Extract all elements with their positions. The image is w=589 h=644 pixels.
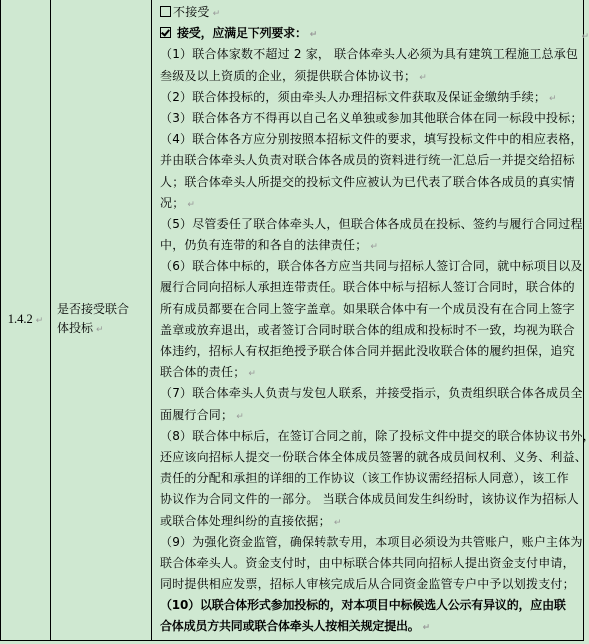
requirement-line: 盖章或放弃退出，或者签订合同时联合体的组成和投标时不一致，均视为联合 [160, 320, 579, 341]
paragraph-mark-icon: ↵ [334, 518, 342, 528]
requirement-line: （1）联合体家数不超过 2 家， 联合体牵头人必须为具有建筑工程施工总承包 [160, 44, 579, 65]
requirement-line: 所有成员都要在合同上签字盖章。如果联合体中有一个成员没有在合同上签字 [160, 299, 579, 320]
requirement-line: 责任的分配和承担的详细的工作协议（该工作协议需经招标人同意），该工作 [160, 468, 579, 489]
requirement-line: 体违约，招标人有权拒绝授予联合体合同并据此没收联合体的履约担保，追究 [160, 341, 579, 362]
paragraph-mark-icon: ↵ [248, 369, 256, 379]
paragraph-mark-icon: ↵ [549, 94, 557, 104]
paragraph-mark-icon: ↵ [36, 315, 44, 325]
paragraph-mark-icon: ↵ [419, 73, 427, 83]
paragraph-mark-icon: ↵ [370, 242, 378, 252]
requirement-line: 协议作为合同文件的一部分。 当联合体成员间发生纠纷时，该协议作为招标人 [160, 489, 579, 510]
requirement-line: 并由联合体牵头人负责对联合体各成员的资料进行统一汇总后一并提交给招标 [160, 150, 579, 171]
option-accept[interactable]: 接受，应满足下列要求：↵ [160, 23, 579, 44]
requirement-line: 履行合同向招标人承担连带责任。联合体中标与招标人签订合同时，联合体的 [160, 277, 579, 298]
item-name-line: 体投标 [57, 321, 93, 335]
requirement-line: （9）为强化资金监管，确保转款专用，本项目必须设为共管账户，账户主体为 [160, 532, 579, 553]
requirement-line: 还应该向招标人提交一份联合体全体成员签署的就各成员间权利、义务、利益、 [160, 447, 579, 468]
option-accept-label: 接受，应满足下列要求： [177, 26, 307, 40]
option-reject[interactable]: 不接受↵ [160, 2, 579, 23]
requirement-line: （5）尽管委任了联合体牵头人，但联合体各成员在投标、签约与履行合同过程 [160, 214, 579, 235]
requirement-line: 同时提供相应发票，招标人审核完成后从合同资金监管专户中予以划拨支付； [160, 574, 579, 595]
row-number-cell: 1.4.2↵ [1, 0, 51, 641]
table-row: 1.4.2↵ 是否接受联合 体投标↵ 不接受↵ 接受，应满足下列要求：↵ （1）… [1, 0, 584, 641]
requirement-line: 中，仍负有连带的和各自的法律责任；↵ [160, 235, 579, 256]
requirement-line: （3）联合体各方不得再以自己名义单独或参加其他联合体在同一标段中投标； [160, 108, 579, 129]
item-name-line: 是否接受联合 [57, 300, 151, 319]
requirement-line: 面履行合同；↵ [160, 405, 579, 426]
requirement-line-bold: （10）以联合体形式参加投标的，对本项目中标候选人公示有异议的，应由联 [160, 595, 579, 616]
tender-requirements-table: 1.4.2↵ 是否接受联合 体投标↵ 不接受↵ 接受，应满足下列要求：↵ （1）… [0, 0, 584, 641]
requirement-line-bold: 合体成员方共同或联合体牵头人按相关规定提出。↵ [160, 616, 579, 637]
row-number: 1.4.2 [8, 312, 33, 326]
paragraph-mark-icon: ↵ [581, 32, 589, 42]
requirement-line: （4）联合体各方应分别按照本招标文件的要求，填写投标文件中的相应表格， [160, 129, 579, 150]
requirement-line: 或联合体处理纠纷的直接依据；↵ [160, 511, 579, 532]
paragraph-mark-icon: ↵ [187, 200, 195, 210]
requirement-line: （2）联合体投标的，须由牵头人办理招标文件获取及保证金缴纳手续；↵ [160, 87, 579, 108]
content-cell: 不接受↵ 接受，应满足下列要求：↵ （1）联合体家数不超过 2 家， 联合体牵头… [152, 0, 584, 641]
paragraph-mark-icon: ↵ [423, 623, 430, 633]
requirement-line: 人；联合体牵头人所提交的投标文件应被认为已代表了联合体各成员的真实情 [160, 172, 579, 193]
item-name-cell: 是否接受联合 体投标↵ [51, 0, 152, 641]
paragraph-mark-icon: ↵ [213, 9, 221, 19]
requirement-line: 联合体牵头人。资金支付时，由中标联合体共同向招标人提出资金支付申请， [160, 553, 579, 574]
option-reject-label: 不接受 [173, 5, 210, 19]
requirement-line: 况；↵ [160, 193, 579, 214]
paragraph-mark-icon: ↵ [96, 325, 104, 335]
requirement-line: （8）联合体中标后，在签订合同之前，除了投标文件中提交的联合体协议书外， [160, 426, 579, 447]
requirement-line: 联合体的责任；↵ [160, 362, 579, 383]
requirement-line: （7）联合体牵头人负责与发包人联系，并接受指示，负责组织联合体各成员全 [160, 383, 579, 404]
paragraph-mark-icon: ↵ [236, 412, 244, 422]
requirement-line: （6）联合体中标的，联合体各方应当共同与招标人签订合同，就中标项目以及 [160, 256, 579, 277]
checked-box-icon[interactable] [160, 27, 171, 38]
requirement-line: 叁级及以上资质的企业，须提供联合体协议书；↵ [160, 66, 579, 87]
unchecked-box-icon[interactable] [160, 6, 171, 17]
paragraph-mark-icon: ↵ [310, 30, 317, 40]
